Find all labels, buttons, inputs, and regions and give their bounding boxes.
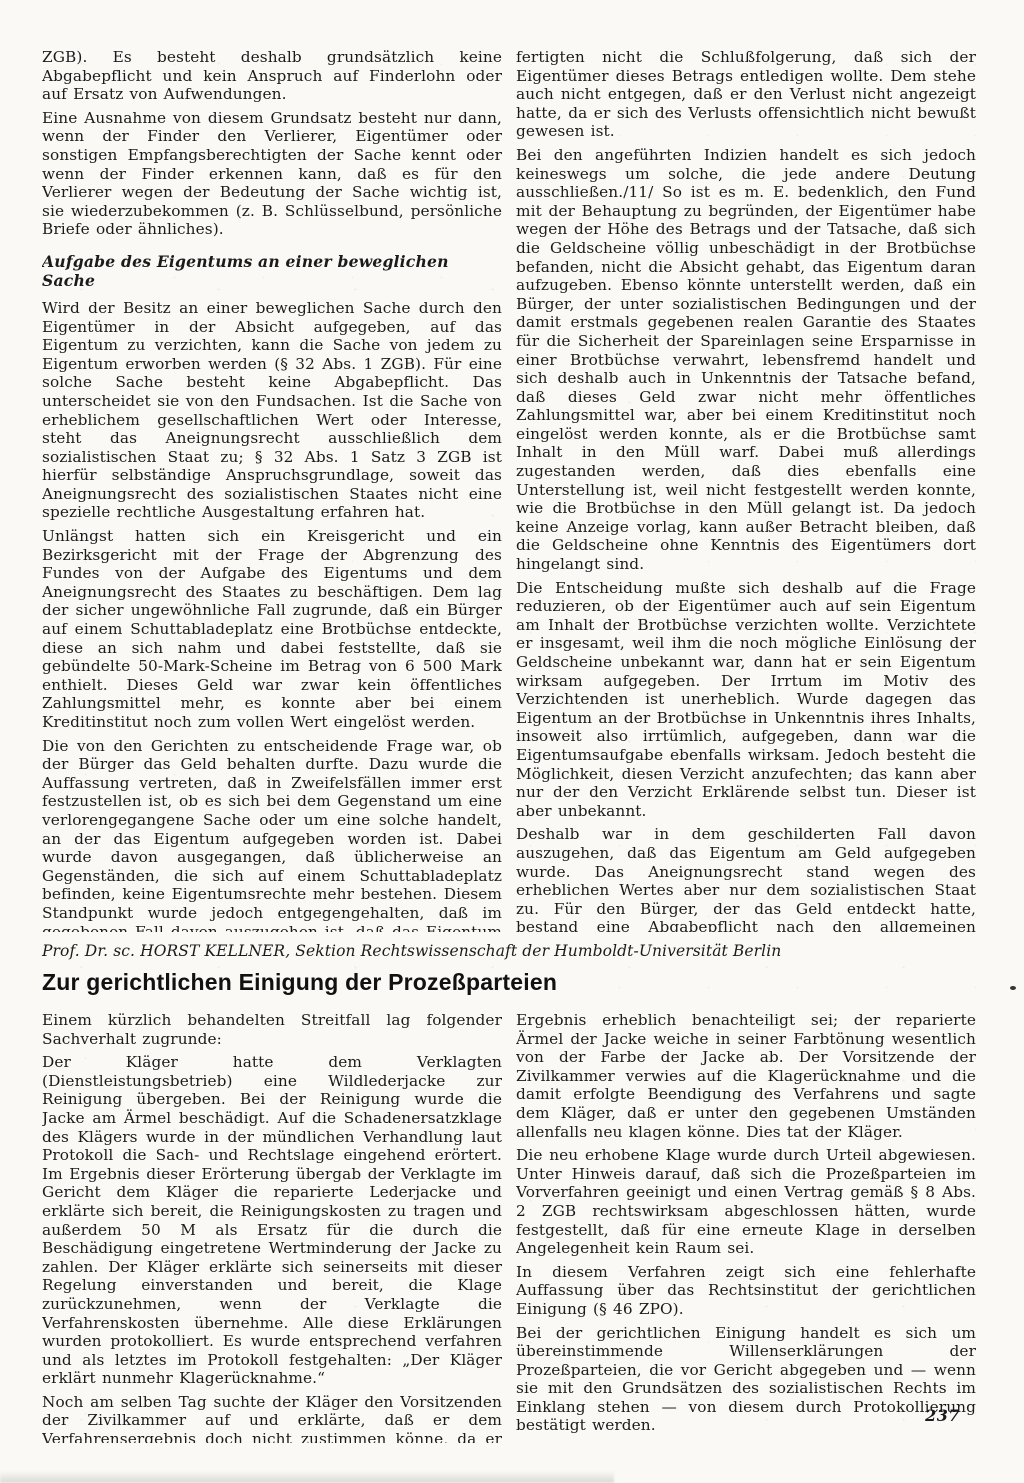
paragraph: Deshalb war in dem geschilderten Fall da… <box>516 825 976 932</box>
paragraph: Die Entscheidung mußte sich deshalb auf … <box>516 579 976 821</box>
author-line: Prof. Dr. sc. HORST KELLNER, Sektion Rec… <box>42 941 976 961</box>
paragraph: In diesem Verfahren zeigt sich eine fehl… <box>516 1263 976 1319</box>
paragraph: ZGB). Es besteht deshalb grundsätzlich k… <box>42 48 502 104</box>
page-number: 237 <box>925 1406 960 1425</box>
article-title: Zur gerichtlichen Einigung der Prozeßpar… <box>42 968 976 996</box>
paragraph: Unlängst hatten sich ein Kreisgericht un… <box>42 527 502 732</box>
article1-right-column: fertigten nicht die Schlußfolgerung, daß… <box>516 48 976 932</box>
paragraph: Wird der Besitz an einer beweglichen Sac… <box>42 299 502 522</box>
paragraph: fertigten nicht die Schlußfolgerung, daß… <box>516 48 976 141</box>
paragraph: Der Kläger hatte dem Verklagten (Dienstl… <box>42 1053 502 1388</box>
paragraph: Ergebnis erheblich benachteiligt sei; de… <box>516 1011 976 1141</box>
article1-left-column: ZGB). Es besteht deshalb grundsätzlich k… <box>42 48 502 932</box>
paragraph: Bei den angeführten Indizien handelt es … <box>516 146 976 574</box>
scan-speck <box>1010 986 1016 990</box>
article-gerichtliche-einigung: Einem kürzlich behandelten Streitfall la… <box>42 1011 976 1443</box>
scan-artifact-bottom-edge <box>0 1471 614 1483</box>
page-content: ZGB). Es besteht deshalb grundsätzlich k… <box>42 48 976 1443</box>
paragraph: Noch am selben Tag suchte der Kläger den… <box>42 1393 502 1443</box>
paragraph: Eine Ausnahme von diesem Grundsatz beste… <box>42 109 502 239</box>
paragraph: Die neu erhobene Klage wurde durch Urtei… <box>516 1146 976 1258</box>
paragraph: Einem kürzlich behandelten Streitfall la… <box>42 1011 502 1048</box>
article-fund-aneignungsrecht: ZGB). Es besteht deshalb grundsätzlich k… <box>42 48 976 932</box>
journal-page: ZGB). Es besteht deshalb grundsätzlich k… <box>0 0 1024 1483</box>
paragraph: Die von den Gerichten zu entscheidende F… <box>42 737 502 932</box>
article2-right-column: Ergebnis erheblich benachteiligt sei; de… <box>516 1011 976 1443</box>
article2-left-column: Einem kürzlich behandelten Streitfall la… <box>42 1011 502 1443</box>
subheading-aufgabe-des-eigentums: Aufgabe des Eigentums an einer beweglich… <box>42 252 502 290</box>
paragraph: Bei der gerichtlichen Einigung handelt e… <box>516 1324 976 1436</box>
